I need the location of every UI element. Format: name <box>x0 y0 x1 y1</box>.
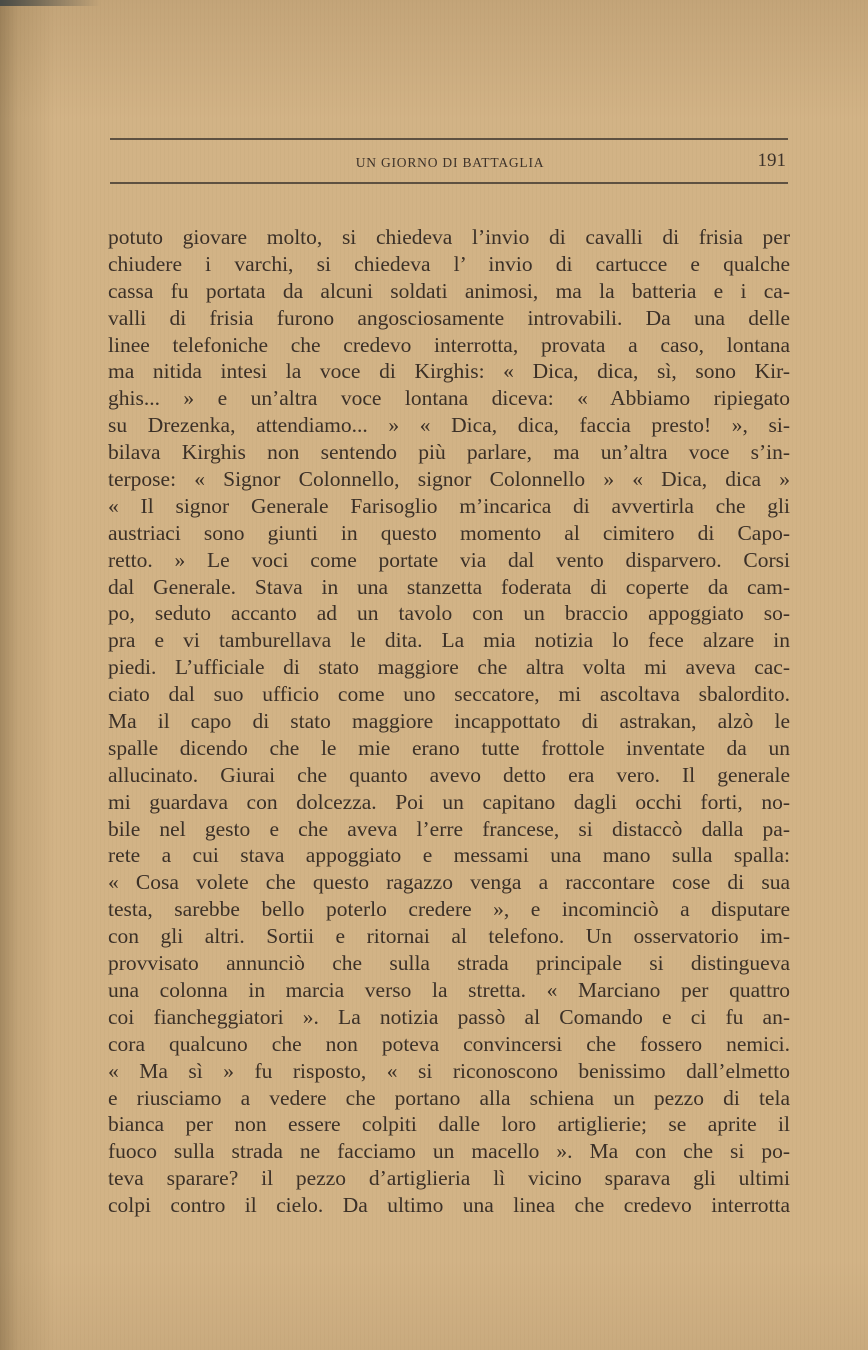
text-line: dal Generale. Stava in una stanzetta fod… <box>108 574 790 601</box>
chapter-title: UN GIORNO DI BATTAGLIA <box>110 155 730 171</box>
text-line: piedi. L’ufficiale di stato maggiore che… <box>108 654 790 681</box>
header-bottom-rule <box>110 182 788 184</box>
text-line: allucinato. Giurai che quanto avevo dett… <box>108 762 790 789</box>
text-line: teva sparare? il pezzo d’artiglieria lì … <box>108 1165 790 1192</box>
text-line: fuoco sulla strada ne facciamo un macell… <box>108 1138 790 1165</box>
text-line: retto. » Le voci come portate via dal ve… <box>108 547 790 574</box>
text-line: su Drezenka, attendiamo... » « Dica, dic… <box>108 412 790 439</box>
text-line: cassa fu portata da alcuni soldati animo… <box>108 278 790 305</box>
text-line: linee telefoniche che credevo interrotta… <box>108 332 790 359</box>
header-top-rule <box>110 138 788 140</box>
text-line: bilava Kirghis non sentendo più parlare,… <box>108 439 790 466</box>
text-line: testa, sarebbe bello poterlo credere », … <box>108 896 790 923</box>
text-line: valli di frisia furono angosciosamente i… <box>108 305 790 332</box>
text-line: rete a cui stava appoggiato e messami un… <box>108 842 790 869</box>
text-line: potuto giovare molto, si chiedeva l’invi… <box>108 224 790 251</box>
text-line: pra e vi tamburellava le dita. La mia no… <box>108 627 790 654</box>
text-line: mi guardava con dolcezza. Poi un capitan… <box>108 789 790 816</box>
text-line: coi fiancheggiatori ». La notizia passò … <box>108 1004 790 1031</box>
text-line: austriaci sono giunti in questo momento … <box>108 520 790 547</box>
text-line: bile nel gesto e che aveva l’erre france… <box>108 816 790 843</box>
text-line: con gli altri. Sortii e ritornai al tele… <box>108 923 790 950</box>
text-line: « Cosa volete che questo ragazzo venga a… <box>108 869 790 896</box>
text-line: bianca per non essere colpiti dalle loro… <box>108 1111 790 1138</box>
text-line: cora qualcuno che non poteva convincersi… <box>108 1031 790 1058</box>
text-line: una colonna in marcia verso la stretta. … <box>108 977 790 1004</box>
text-line: spalle dicendo che le mie erano tutte fr… <box>108 735 790 762</box>
text-line: e riusciamo a vedere che portano alla sc… <box>108 1085 790 1112</box>
text-line: terpose: « Signor Colonnello, signor Col… <box>108 466 790 493</box>
text-line: colpi contro il cielo. Da ultimo una lin… <box>108 1192 790 1219</box>
text-line: « Il signor Generale Farisoglio m’incari… <box>108 493 790 520</box>
text-line: ciato dal suo ufficio come uno seccatore… <box>108 681 790 708</box>
page-number: 191 <box>758 150 787 172</box>
text-line: ghis... » e un’altra voce lontana diceva… <box>108 385 790 412</box>
text-line: provvisato annunciò che sulla strada pri… <box>108 950 790 977</box>
text-line: ma nitida intesi la voce di Kirghis: « D… <box>108 358 790 385</box>
running-head: UN GIORNO DI BATTAGLIA 191 <box>110 138 788 184</box>
text-line: chiudere i varchi, si chiedeva l’ invio … <box>108 251 790 278</box>
body-text: potuto giovare molto, si chiedeva l’invi… <box>108 224 790 1219</box>
text-line: « Ma sì » fu risposto, « si riconoscono … <box>108 1058 790 1085</box>
text-line: Ma il capo di stato maggiore incappottat… <box>108 708 790 735</box>
text-line: po, seduto accanto ad un tavolo con un b… <box>108 600 790 627</box>
scan-corner-shadow <box>0 0 100 6</box>
